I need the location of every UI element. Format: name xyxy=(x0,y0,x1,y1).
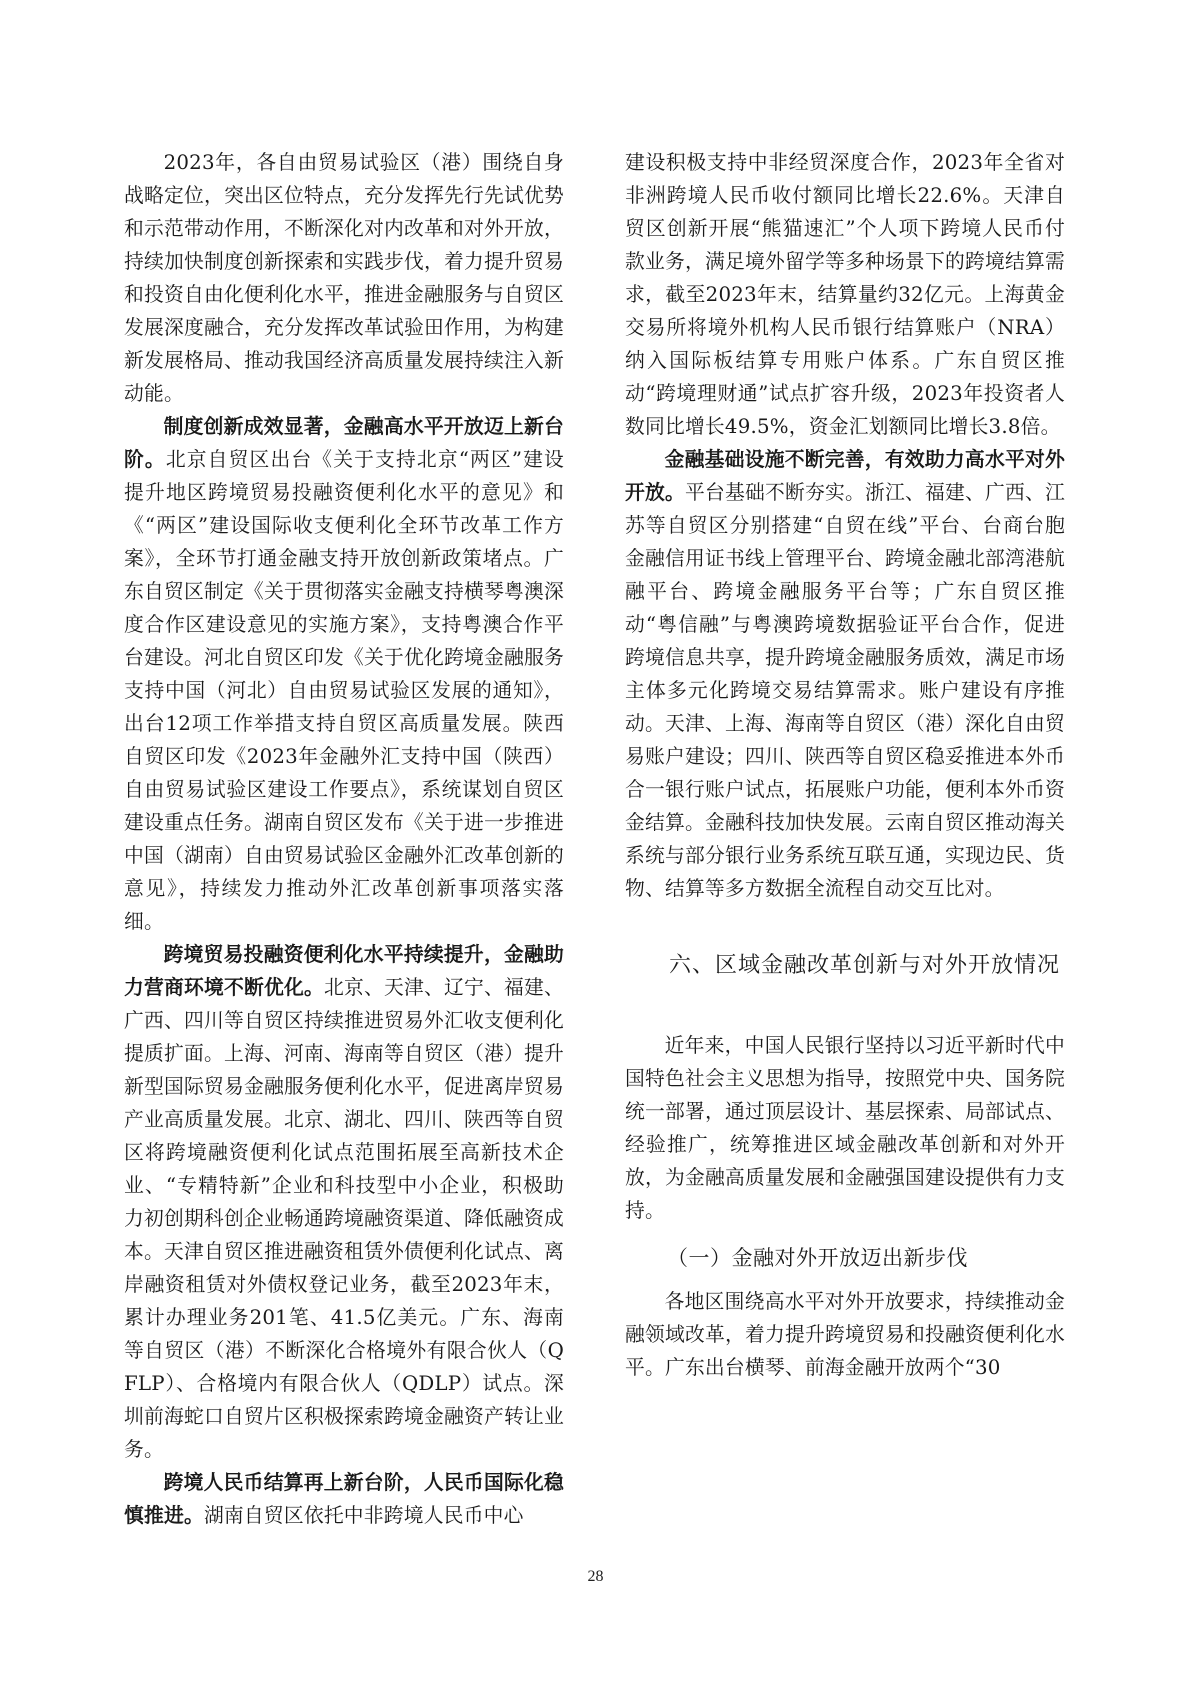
right-column: 建设积极支持中非经贸深度合作，2023年全省对非洲跨境人民币收付额同比增长22.… xyxy=(625,146,1065,1384)
paragraph-text: 建设积极支持中非经贸深度合作，2023年全省对非洲跨境人民币收付额同比增长22.… xyxy=(625,151,1065,438)
paragraph-text: 湖南自贸区依托中非跨境人民币中心 xyxy=(204,1504,524,1527)
subsection-paragraph: 各地区围绕高水平对外开放要求，持续推动金融领域改革，着力提升跨境贸易和投融资便利… xyxy=(625,1285,1065,1384)
paragraph-rmb-settlement: 跨境人民币结算再上新台阶，人民币国际化稳慎推进。湖南自贸区依托中非跨境人民币中心 xyxy=(124,1466,564,1532)
left-column: 2023年，各自由贸易试验区（港）围绕自身战略定位，突出区位特点，充分发挥先行先… xyxy=(124,146,564,1532)
section-heading: 六、区域金融改革创新与对外开放情况 xyxy=(625,949,1065,983)
paragraph-text: 各地区围绕高水平对外开放要求，持续推动金融领域改革，着力提升跨境贸易和投融资便利… xyxy=(625,1290,1065,1379)
intro-paragraph: 2023年，各自由贸易试验区（港）围绕自身战略定位，突出区位特点，充分发挥先行先… xyxy=(124,146,564,410)
paragraph-continuation: 建设积极支持中非经贸深度合作，2023年全省对非洲跨境人民币收付额同比增长22.… xyxy=(625,146,1065,443)
subsection-heading: （一）金融对外开放迈出新步伐 xyxy=(625,1241,1065,1275)
paragraph-text: 平台基础不断夯实。浙江、福建、广西、江苏等自贸区分别搭建“自贸在线”平台、台商台… xyxy=(625,481,1065,900)
paragraph-trade-facilitation: 跨境贸易投融资便利化水平持续提升，金融助力营商环境不断优化。北京、天津、辽宁、福… xyxy=(124,938,564,1466)
paragraph-institutional-innovation: 制度创新成效显著，金融高水平开放迈上新台阶。北京自贸区出台《关于支持北京“两区”… xyxy=(124,410,564,938)
section-intro-paragraph: 近年来，中国人民银行坚持以习近平新时代中国特色社会主义思想为指导，按照党中央、国… xyxy=(625,1029,1065,1227)
paragraph-text: 北京、天津、辽宁、福建、广西、四川等自贸区持续推进贸易外汇收支便利化提质扩面。上… xyxy=(124,976,564,1461)
document-page: 2023年，各自由贸易试验区（港）围绕自身战略定位，突出区位特点，充分发挥先行先… xyxy=(0,0,1191,1684)
paragraph-text: 北京自贸区出台《关于支持北京“两区”建设 提升地区跨境贸易投融资便利化水平的意见… xyxy=(124,448,564,933)
page-number: 28 xyxy=(0,1568,1191,1586)
paragraph-financial-infrastructure: 金融基础设施不断完善，有效助力高水平对外开放。平台基础不断夯实。浙江、福建、广西… xyxy=(625,443,1065,905)
paragraph-text: 2023年，各自由贸易试验区（港）围绕自身战略定位，突出区位特点，充分发挥先行先… xyxy=(124,151,564,405)
paragraph-text: 近年来，中国人民银行坚持以习近平新时代中国特色社会主义思想为指导，按照党中央、国… xyxy=(625,1034,1065,1222)
